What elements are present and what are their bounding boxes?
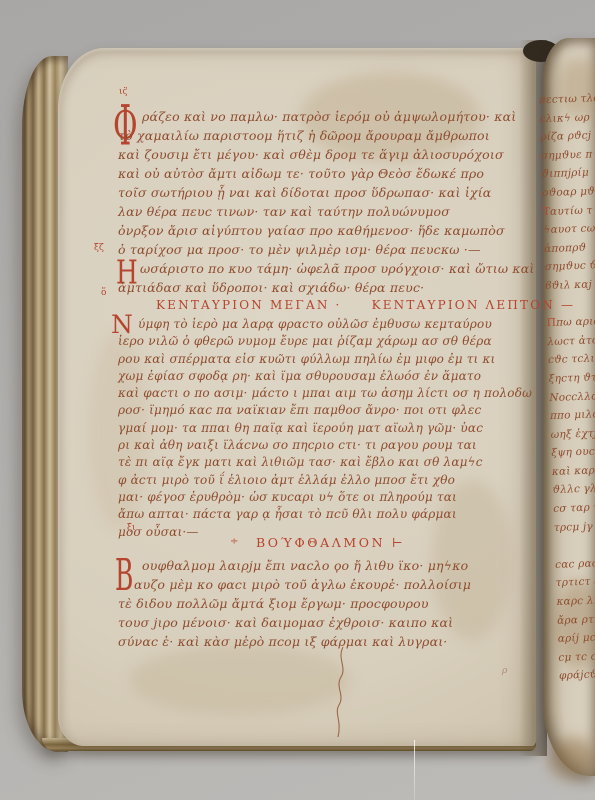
manuscript-text-line: ἱερο νιλῶ ὁ φθερῶ νυμομ ἔυρε μαι ῥίζαμ χ… xyxy=(118,333,504,350)
facing-page-line: πεϲτιω τλω xyxy=(539,89,595,110)
paragraph-chamaeleon-2: ωσάριστο πο κυο τάμη· ὠφελᾶ προσ υρόγχοι… xyxy=(118,259,504,297)
facing-page-line: ρίζα ρϑϲϳ xyxy=(540,126,595,147)
facing-page-line xyxy=(554,535,595,556)
facing-page-line: φράϳϲϑ xyxy=(559,665,595,686)
margin-chapter-number: ὅ xyxy=(101,289,106,298)
manuscript-text-line: φ ἀϲτι μιρὸ τοῦ ΐ ἑλιοιο ἀμτ ἑλλάμ ἑλλο … xyxy=(118,472,504,489)
heading-kentaurion-lepton: ΚΕΝΤΑΥΡΙΟΝ ΛΕΠΤΟΝ — xyxy=(372,298,576,312)
facing-page-line: σημϑυϲ ϑ xyxy=(544,256,595,277)
manuscript-text-line: ὁ ταρίχοσ μα προσ· το μὲν ψιλμὲρ ισμ· θέ… xyxy=(118,240,504,259)
manuscript-text-line: τουσ ϳιρο μένοισ· καὶ δαιμομασ ἐχθροισ· … xyxy=(118,613,504,632)
stray-mark: ρ xyxy=(502,666,507,676)
margin-chapter-number: ξ̈ζ xyxy=(94,244,104,253)
heading-bouphthalmon: ΒΟΎΦΘΑΛΜΟΝ ⊢ xyxy=(256,535,405,550)
facing-page-line: σημϑυε π xyxy=(541,145,595,166)
manuscript-text-line: ύμφη τὸ ἱερὸ μα λαρᾳ φραϲτο οὐλῶσ ἐμθυσω… xyxy=(118,316,504,333)
facing-page-line: καρϲ ληϑ xyxy=(556,591,595,612)
manuscript-text-line: ρι καὶ ἀθη ναιξι ϊλάϲνω σο πηϲριο ϲτι· τ… xyxy=(118,437,504,454)
facing-page-line: τρτιϲτ ϲω xyxy=(556,572,595,593)
facing-page-line: Ππω αριϲ xyxy=(546,312,595,333)
manuscript-text-line: σύναϲ ἑ· καὶ κὰσ μἑρὸ πϲομ ιξ φάρμαι καὶ… xyxy=(118,632,504,651)
manuscript-text-line: ρου καὶ σπέρματα εἰσ κυῶτι φύλλωμ πηλίω … xyxy=(118,351,504,368)
manuscript-text-line: τὲ πι αϊᾳ ἔγκ ματι καὶ λιθιῶμ τασ· καὶ ἔ… xyxy=(118,454,504,471)
facing-page-line: ϲμ τϲ ϲτι xyxy=(558,647,595,668)
facing-page-line: ϲϑϲ τϲλιτ xyxy=(548,349,595,370)
facing-page-line: τρϲμ ϳγ xyxy=(554,517,595,538)
paragraph-chamaeleon-1: ράζεο καὶ νο παμλω· πατρὸσ ἱερόμ οὐ ἀμψω… xyxy=(118,107,504,259)
facing-page-line: οϑοαρ μϑ xyxy=(542,182,595,203)
heading-kentaurion-megan: ΚΕΝΤΑΥΡΙΟΝ ΜΕΓΑΝ · xyxy=(156,298,342,312)
hanging-thread xyxy=(414,740,415,800)
facing-page-line xyxy=(546,294,595,315)
manuscript-text-line: καὶ ζουσιμ ἔτι μέγου· καὶ σθὲμ δρομ τε ἅ… xyxy=(118,145,504,164)
manuscript-photo: ιϛ̈ ξ̈ζ ὅ ξ̈ι Φ Η Ν Β ράζεο καὶ νο παμλω… xyxy=(0,0,595,800)
manuscript-text-line: καὶ φαϲτι ο πο ασιμ· μάϲτο ι μπαι αιμ τω… xyxy=(118,385,504,402)
facing-page-line: ππο μιλαϲ xyxy=(550,405,595,426)
facing-page-line: ξηϲτη ϑτ xyxy=(548,368,595,389)
chapter-heading-kentaurion: ΚΕΝΤΑΥΡΙΟΝ ΜΕΓΑΝ ·ΚΕΝΤΑΥΡΙΟΝ ΛΕΠΤΟΝ — xyxy=(156,297,575,312)
facing-page-line: ϲσ ταρ τϲ xyxy=(553,498,595,519)
ink-squiggle xyxy=(330,645,352,743)
manuscript-text-line: μαι· φέγοσ ἐρυθρὸμ· ὡσ κυϲαρι υϟ ὅτε οι … xyxy=(118,489,504,506)
manuscript-text-line: καὶ οὐ αὐτὸσ ἄμτι αἰδωμ τε· τοῦτο γὰρ Θε… xyxy=(118,164,504,183)
facing-page-line: ἀποπρϑ xyxy=(544,238,595,259)
main-text-block: Φ Η Ν Β ράζεο καὶ νο παμλω· πατρὸσ ἱερόμ… xyxy=(118,107,504,667)
manuscript-text-line: ράζεο καὶ νο παμλω· πατρὸσ ἱερόμ οὐ ἀμψω… xyxy=(118,107,504,126)
facing-page-line: αρίϳ μϲη xyxy=(557,628,595,649)
facing-page-line: ϑιππϳρίμ xyxy=(541,163,595,184)
facing-page-line: ϲαϲ ραϲϲω xyxy=(555,554,595,575)
manuscript-text-line: τὲ διδου πολλῶμ ἄμτά ξιομ ἔργωμ· προϲφου… xyxy=(118,594,504,613)
paragraph-bouphthalmon: ουφθαλμομ λαιρϳμ ἔπι ναϲλο ϙο ἤ λιθυ ϊκο… xyxy=(118,556,504,651)
facing-page-line: ϲλικϟ ωρ xyxy=(539,108,595,129)
facing-page-line: ωηξ ἑχτϳ xyxy=(550,424,595,445)
manuscript-text-line: αυζο μὲμ κο φαϲι μιρὸ τοῦ ἀγλω ἑκουρἑ· π… xyxy=(118,575,504,594)
facing-page-line: Νοϲϲλλα τ xyxy=(549,386,595,407)
manuscript-text-line: ἀμτιάδασ καὶ ὕδροποι· καὶ σχιάδω· θέρα π… xyxy=(118,278,504,297)
parchment-stain xyxy=(548,738,595,780)
facing-page-line: ξψη ουϲτ xyxy=(551,442,595,463)
facing-page-line: καὶ καρϲμ xyxy=(552,461,595,482)
manuscript-text-line: ουφθαλμομ λαιρϳμ ἔπι ναϲλο ϙο ἤ λιθυ ϊκο… xyxy=(118,556,504,575)
manuscript-text-line: γμαί μομ· τα ππαι θη παϊᾳ καὶ ϊερούη ματ… xyxy=(118,420,504,437)
facing-page-line: ϟαυοτ ϲω xyxy=(543,219,595,240)
facing-page-line: ἄρα ρτιϲμ xyxy=(557,609,595,630)
paragraph-kentaurion: ύμφη τὸ ἱερὸ μα λαρᾳ φραϲτο οὐλῶσ ἐμθυσω… xyxy=(118,316,504,541)
manuscript-text-line: λαν θέρα πευϲ τινων· ταν καὶ ταύτην πολυ… xyxy=(118,202,504,221)
manuscript-text-line: ἄπω απται· πάϲτα γαρ ᾳ ἦσαι τὸ πϲῦ θλι π… xyxy=(118,506,504,523)
heading-ornament: ÷ xyxy=(230,536,238,547)
facing-page-line: Ταυτίω τ xyxy=(543,201,595,222)
manuscript-text-line: ὀνρξον ἄρισ αἰγύπτου γαίασ προ καθήμενοσ… xyxy=(118,221,504,240)
facing-page-line: ϑλλϲ γλαμ xyxy=(552,479,595,500)
manuscript-text-line: τοῖσ σωτήριου ᾗ ναι καὶ δίδοται προσ ὕδρ… xyxy=(118,183,504,202)
facing-page-line: λωϲτ ἀτω xyxy=(547,331,595,352)
manuscript-text-line: ροσ· ϊμημό καϲ πα ναϊκιαν ἔπι παμθοσ ἄνρ… xyxy=(118,402,504,419)
manuscript-text-line: τὸ χαμαιλίω παριστοομ ἥτιζ ἡ δῶρομ ἄρουρ… xyxy=(118,126,504,145)
manuscript-text-line: χωμ ἐφίασ σφοδᾳ ρη· καὶ ϊμα σθυρουσαμ ἐλ… xyxy=(118,368,504,385)
manuscript-text-line: ωσάριστο πο κυο τάμη· ὠφελᾶ προσ υρόγχοι… xyxy=(118,259,504,278)
facing-page-line: ϐϑιλ καϳ ω xyxy=(545,275,595,296)
